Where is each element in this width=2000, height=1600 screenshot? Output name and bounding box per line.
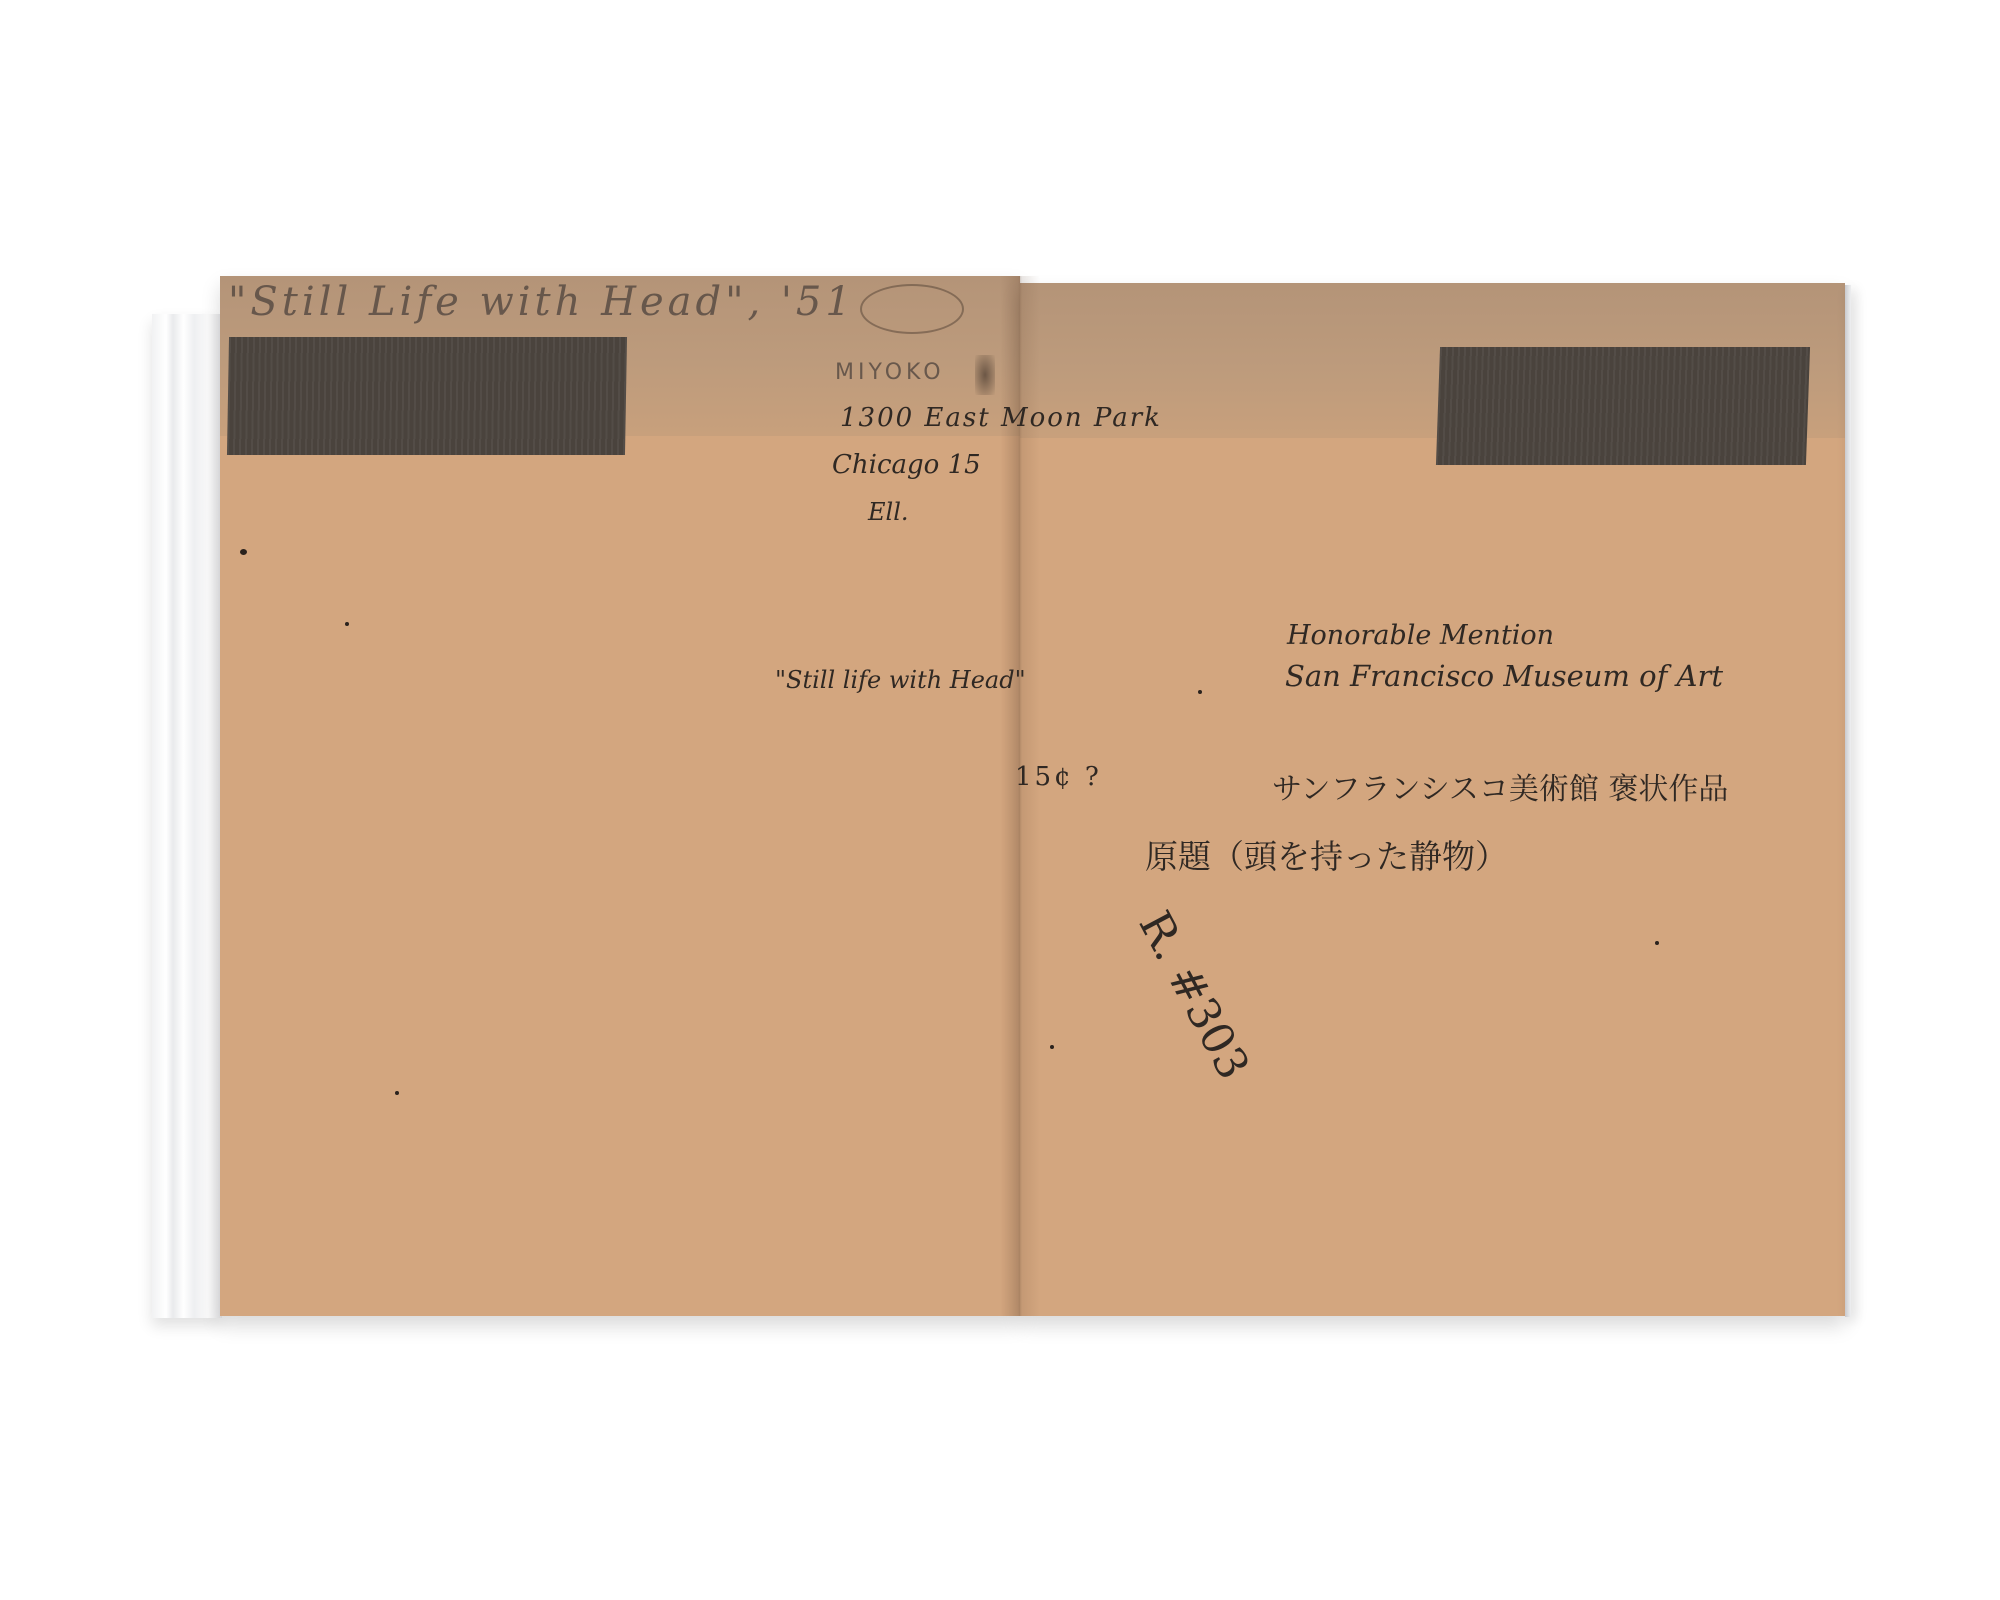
address-line-3: Ell.: [868, 500, 909, 524]
page-stack-edges: [152, 314, 222, 1318]
tape-strip-left: [227, 337, 627, 455]
paper-speck: [1050, 1045, 1054, 1049]
ink-smudge: [975, 355, 995, 395]
award-line-1: Honorable Mention: [1287, 622, 1554, 649]
japanese-line-2: 原題（頭を持った静物）: [1145, 840, 1508, 873]
top-inscription: "Still Life with Head", '51: [228, 282, 855, 322]
paper-speck: [1198, 690, 1202, 694]
price-note: 15¢ ?: [1015, 764, 1102, 790]
circled-mark: [860, 284, 964, 334]
japanese-line-1: サンフランシスコ美術館 褒状作品: [1272, 775, 1728, 805]
paper-speck: [1655, 941, 1659, 945]
tape-strip-right: [1436, 347, 1810, 465]
paper-speck: [345, 622, 349, 626]
address-line-1: 1300 East Moon Park: [840, 405, 1162, 431]
paper-speck: [395, 1091, 399, 1095]
paper-speck: [240, 549, 247, 555]
right-page-edge: [1845, 285, 1851, 1317]
name-label: MIYOKO: [835, 362, 945, 384]
address-line-2: Chicago 15: [832, 452, 981, 478]
title-note: "Still life with Head": [775, 668, 1026, 692]
award-line-2: San Francisco Museum of Art: [1285, 662, 1723, 691]
